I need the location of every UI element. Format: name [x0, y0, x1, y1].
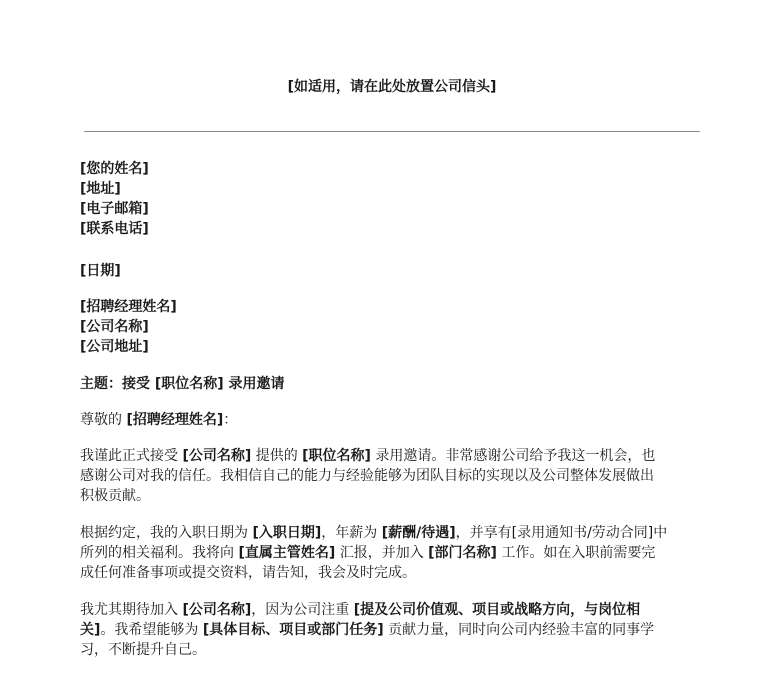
- sender-address: [地址]: [80, 179, 710, 199]
- recipient-manager: [招聘经理姓名]: [80, 297, 710, 317]
- salutation-name: [招聘经理姓名]: [126, 412, 223, 428]
- paragraph-acceptance: 我谨此正式接受 [公司名称] 提供的 [职位名称] 录用邀请。非常感谢公司给予我…: [80, 446, 712, 506]
- date-line: [日期]: [80, 261, 710, 281]
- text: 提供的: [251, 448, 302, 464]
- salutation-prefix: 尊敬的: [80, 412, 126, 428]
- sender-block: [您的姓名] [地址] [电子邮箱] [联系电话]: [80, 159, 710, 239]
- text: 所列的相关福利。我将向: [80, 545, 238, 561]
- letter-date: [日期]: [80, 261, 710, 281]
- recipient-address: [公司地址]: [80, 337, 710, 357]
- letterhead-divider: [84, 131, 700, 132]
- supervisor-placeholder: [直属主管姓名]: [238, 545, 335, 561]
- position-placeholder: [职位名称]: [302, 448, 371, 464]
- text: 汇报，并加入: [335, 545, 428, 561]
- subject-prefix: 主题：接受: [80, 376, 155, 392]
- subject-line: 主题：接受 [职位名称] 录用邀请: [80, 374, 710, 394]
- subject-suffix: 录用邀请: [224, 376, 285, 392]
- salutation: 尊敬的 [招聘经理姓名]：: [80, 410, 710, 430]
- department-placeholder: [部门名称]: [428, 545, 497, 561]
- paragraph-terms: 根据约定，我的入职日期为 [入职日期]，年薪为 [薪酬/待遇]，并享有[录用通知…: [80, 523, 712, 583]
- salutation-suffix: ：: [223, 412, 237, 428]
- goals-placeholder: [具体目标、项目或部门任务]: [203, 622, 384, 638]
- letterhead-placeholder: [如适用，请在此处放置公司信头]: [0, 77, 768, 97]
- text: 我谨此正式接受: [80, 448, 182, 464]
- recipient-company: [公司名称]: [80, 317, 710, 337]
- paragraph-motivation: 我尤其期待加入 [公司名称]，因为公司注重 [提及公司价值观、项目或战略方向，与…: [80, 600, 712, 660]
- text: 成任何准备事项或提交资料，请告知，我会及时完成。: [80, 563, 712, 583]
- text: 录用邀请。非常感谢公司给予我这一机会，也: [371, 448, 655, 464]
- company-name-placeholder: [公司名称]: [182, 448, 251, 464]
- text: 根据约定，我的入职日期为: [80, 525, 252, 541]
- text: 。我希望能够为: [100, 622, 202, 638]
- salary-placeholder: [薪酬/待遇]: [382, 525, 456, 541]
- text: 积极贡献。: [80, 486, 712, 506]
- text: 贡献力量，同时向公司内经验丰富的同事学: [384, 622, 654, 638]
- company-values-placeholder-end: 关]: [80, 622, 100, 638]
- text: ，并享有[录用通知书/劳动合同]中: [456, 525, 668, 541]
- text: 我尤其期待加入: [80, 602, 182, 618]
- text: 感谢公司对我的信任。我相信自己的能力与经验能够为团队目标的实现以及公司整体发展做…: [80, 466, 712, 486]
- text: ，因为公司注重: [251, 602, 353, 618]
- start-date-placeholder: [入职日期]: [252, 525, 321, 541]
- text: 习，不断提升自己。: [80, 640, 712, 660]
- recipient-block: [招聘经理姓名] [公司名称] [公司地址]: [80, 297, 710, 357]
- sender-phone: [联系电话]: [80, 219, 710, 239]
- letter-document: [如适用，请在此处放置公司信头] [您的姓名] [地址] [电子邮箱] [联系电…: [0, 0, 768, 677]
- sender-email: [电子邮箱]: [80, 199, 710, 219]
- text: 工作。如在入职前需要完: [497, 545, 655, 561]
- sender-name: [您的姓名]: [80, 159, 710, 179]
- subject-position: [职位名称]: [155, 376, 224, 392]
- company-values-placeholder: [提及公司价值观、项目或战略方向，与岗位相: [354, 602, 640, 618]
- text: ，年薪为: [321, 525, 381, 541]
- company-name-placeholder: [公司名称]: [182, 602, 251, 618]
